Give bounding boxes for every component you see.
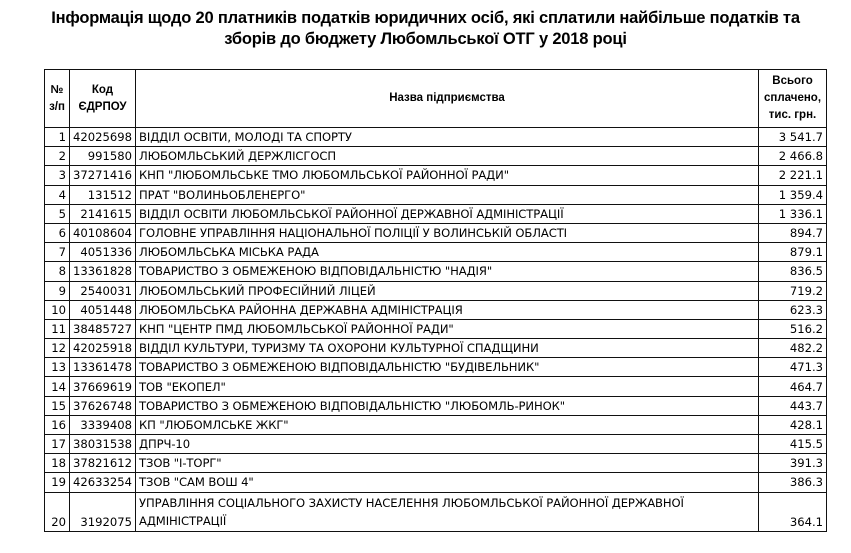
row-num: 7 [45, 243, 70, 262]
row-name: ВІДДІЛ ОСВІТИ ЛЮБОМЛЬСЬКОЇ РАЙОННОЇ ДЕРЖ… [136, 204, 759, 223]
row-num: 11 [45, 319, 70, 338]
table-row: 163339408КП "ЛЮБОМЛСЬКЕ ЖКГ"428.1 [45, 415, 827, 434]
table-body: 142025698ВІДДІЛ ОСВІТИ, МОЛОДІ ТА СПОРТУ… [45, 128, 827, 532]
row-amount: 879.1 [759, 243, 827, 262]
row-name: ЛЮБОМЛЬСЬКА РАЙОННА ДЕРЖАВНА АДМІНІСТРАЦ… [136, 300, 759, 319]
row-amount: 364.1 [759, 492, 827, 531]
row-name: ЛЮБОМЛЬСЬКИЙ ПРОФЕСІЙНИЙ ЛІЦЕЙ [136, 281, 759, 300]
row-num: 17 [45, 435, 70, 454]
row-num: 12 [45, 339, 70, 358]
table-header-row: № з/п Код ЄДРПОУ Назва підприємства Всьо… [45, 70, 827, 128]
header-name: Назва підприємства [136, 70, 759, 128]
table-row: 640108604ГОЛОВНЕ УПРАВЛІННЯ НАЦІОНАЛЬНОЇ… [45, 223, 827, 242]
row-code: 3192075 [70, 492, 136, 531]
row-amount: 482.2 [759, 339, 827, 358]
row-name: ТЗОВ "САМ ВОШ 4" [136, 473, 759, 492]
table-row: 337271416КНП "ЛЮБОМЛЬСЬКЕ ТМО ЛЮБОМЛЬСЬК… [45, 166, 827, 185]
row-num: 1 [45, 128, 70, 147]
table-row: 74051336ЛЮБОМЛЬСЬКА МІСЬКА РАДА879.1 [45, 243, 827, 262]
row-amount: 1 336.1 [759, 204, 827, 223]
table-row: 1242025918ВІДДІЛ КУЛЬТУРИ, ТУРИЗМУ ТА ОХ… [45, 339, 827, 358]
row-num: 4 [45, 185, 70, 204]
row-code: 38031538 [70, 435, 136, 454]
row-num: 14 [45, 377, 70, 396]
row-name: УПРАВЛІННЯ СОЦІАЛЬНОГО ЗАХИСТУ НАСЕЛЕННЯ… [136, 492, 759, 531]
row-num: 13 [45, 358, 70, 377]
row-name: КНП "ЛЮБОМЛЬСЬКЕ ТМО ЛЮБОМЛЬСЬКОЇ РАЙОНН… [136, 166, 759, 185]
row-num: 3 [45, 166, 70, 185]
row-amount: 623.3 [759, 300, 827, 319]
row-code: 2141615 [70, 204, 136, 223]
table-row: 52141615ВІДДІЛ ОСВІТИ ЛЮБОМЛЬСЬКОЇ РАЙОН… [45, 204, 827, 223]
row-name: ГОЛОВНЕ УПРАВЛІННЯ НАЦІОНАЛЬНОЇ ПОЛІЦІЇ … [136, 223, 759, 242]
header-num-line2: з/п [48, 99, 66, 116]
row-num: 9 [45, 281, 70, 300]
row-amount: 443.7 [759, 396, 827, 415]
row-code: 42633254 [70, 473, 136, 492]
table-row: 142025698ВІДДІЛ ОСВІТИ, МОЛОДІ ТА СПОРТУ… [45, 128, 827, 147]
row-num: 20 [45, 492, 70, 531]
table-row: 1537626748ТОВАРИСТВО З ОБМЕЖЕНОЮ ВІДПОВІ… [45, 396, 827, 415]
row-amount: 719.2 [759, 281, 827, 300]
header-num: № з/п [45, 70, 70, 128]
row-amount: 386.3 [759, 473, 827, 492]
header-amount-line2: сплачено, [762, 90, 823, 107]
row-amount: 415.5 [759, 435, 827, 454]
row-code: 3339408 [70, 415, 136, 434]
row-name: ЛЮБОМЛЬСЬКА МІСЬКА РАДА [136, 243, 759, 262]
row-num: 18 [45, 454, 70, 473]
row-name: ТЗОВ "І-ТОРГ" [136, 454, 759, 473]
title-line-2: зборів до бюджету Любомльської ОТГ у 201… [0, 29, 851, 50]
header-num-line1: № [48, 82, 66, 99]
row-name: ТОВ "ЕКОПЕЛ" [136, 377, 759, 396]
row-amount: 836.5 [759, 262, 827, 281]
row-amount: 2 466.8 [759, 147, 827, 166]
row-amount: 2 221.1 [759, 166, 827, 185]
row-num: 2 [45, 147, 70, 166]
row-num: 10 [45, 300, 70, 319]
header-code-line2: ЄДРПОУ [73, 99, 132, 116]
row-amount: 464.7 [759, 377, 827, 396]
row-code: 37271416 [70, 166, 136, 185]
row-name: ДПРЧ-10 [136, 435, 759, 454]
table-row: 1738031538ДПРЧ-10415.5 [45, 435, 827, 454]
header-code: Код ЄДРПОУ [70, 70, 136, 128]
row-name: ЛЮБОМЛЬСЬКИЙ ДЕРЖЛІСГОСП [136, 147, 759, 166]
table-row: 104051448ЛЮБОМЛЬСЬКА РАЙОННА ДЕРЖАВНА АД… [45, 300, 827, 319]
row-num: 5 [45, 204, 70, 223]
row-num: 8 [45, 262, 70, 281]
row-name: ПРАТ "ВОЛИНЬОБЛЕНЕРГО" [136, 185, 759, 204]
taxpayers-table: № з/п Код ЄДРПОУ Назва підприємства Всьо… [44, 69, 827, 532]
row-code: 37669619 [70, 377, 136, 396]
row-code: 38485727 [70, 319, 136, 338]
row-code: 42025918 [70, 339, 136, 358]
row-code: 2540031 [70, 281, 136, 300]
row-code: 37626748 [70, 396, 136, 415]
header-amount: Всього сплачено, тис. грн. [759, 70, 827, 128]
table-row: 2991580ЛЮБОМЛЬСЬКИЙ ДЕРЖЛІСГОСП2 466.8 [45, 147, 827, 166]
row-num: 19 [45, 473, 70, 492]
table-row: 1837821612ТЗОВ "І-ТОРГ"391.3 [45, 454, 827, 473]
table-row: 1138485727КНП "ЦЕНТР ПМД ЛЮБОМЛЬСЬКОЇ РА… [45, 319, 827, 338]
row-amount: 894.7 [759, 223, 827, 242]
row-amount: 428.1 [759, 415, 827, 434]
row-code: 37821612 [70, 454, 136, 473]
row-name: ВІДДІЛ КУЛЬТУРИ, ТУРИЗМУ ТА ОХОРОНИ КУЛЬ… [136, 339, 759, 358]
row-num: 6 [45, 223, 70, 242]
row-code: 4051448 [70, 300, 136, 319]
row-code: 131512 [70, 185, 136, 204]
row-amount: 1 359.4 [759, 185, 827, 204]
table-row: 4131512ПРАТ "ВОЛИНЬОБЛЕНЕРГО"1 359.4 [45, 185, 827, 204]
row-amount: 471.3 [759, 358, 827, 377]
header-amount-line3: тис. грн. [762, 107, 823, 124]
row-name: ТОВАРИСТВО З ОБМЕЖЕНОЮ ВІДПОВІДАЛЬНІСТЮ … [136, 396, 759, 415]
table-row: 1437669619ТОВ "ЕКОПЕЛ"464.7 [45, 377, 827, 396]
row-name: КНП "ЦЕНТР ПМД ЛЮБОМЛЬСЬКОЇ РАЙОННОЇ РАД… [136, 319, 759, 338]
row-name: ВІДДІЛ ОСВІТИ, МОЛОДІ ТА СПОРТУ [136, 128, 759, 147]
row-code: 991580 [70, 147, 136, 166]
row-code: 13361828 [70, 262, 136, 281]
table-row: 813361828ТОВАРИСТВО З ОБМЕЖЕНОЮ ВІДПОВІД… [45, 262, 827, 281]
row-amount: 391.3 [759, 454, 827, 473]
document-title: Інформація щодо 20 платників податків юр… [0, 8, 851, 50]
row-num: 16 [45, 415, 70, 434]
row-code: 42025698 [70, 128, 136, 147]
table-row: 203192075УПРАВЛІННЯ СОЦІАЛЬНОГО ЗАХИСТУ … [45, 492, 827, 531]
title-line-1: Інформація щодо 20 платників податків юр… [0, 8, 851, 29]
table-row: 92540031ЛЮБОМЛЬСЬКИЙ ПРОФЕСІЙНИЙ ЛІЦЕЙ71… [45, 281, 827, 300]
table-row: 1313361478ТОВАРИСТВО З ОБМЕЖЕНОЮ ВІДПОВІ… [45, 358, 827, 377]
row-code: 4051336 [70, 243, 136, 262]
row-code: 40108604 [70, 223, 136, 242]
row-name: ТОВАРИСТВО З ОБМЕЖЕНОЮ ВІДПОВІДАЛЬНІСТЮ … [136, 358, 759, 377]
row-code: 13361478 [70, 358, 136, 377]
header-amount-line1: Всього [762, 73, 823, 90]
header-code-line1: Код [73, 82, 132, 99]
table-row: 1942633254ТЗОВ "САМ ВОШ 4"386.3 [45, 473, 827, 492]
row-amount: 3 541.7 [759, 128, 827, 147]
row-num: 15 [45, 396, 70, 415]
row-amount: 516.2 [759, 319, 827, 338]
row-name: ТОВАРИСТВО З ОБМЕЖЕНОЮ ВІДПОВІДАЛЬНІСТЮ … [136, 262, 759, 281]
row-name: КП "ЛЮБОМЛСЬКЕ ЖКГ" [136, 415, 759, 434]
